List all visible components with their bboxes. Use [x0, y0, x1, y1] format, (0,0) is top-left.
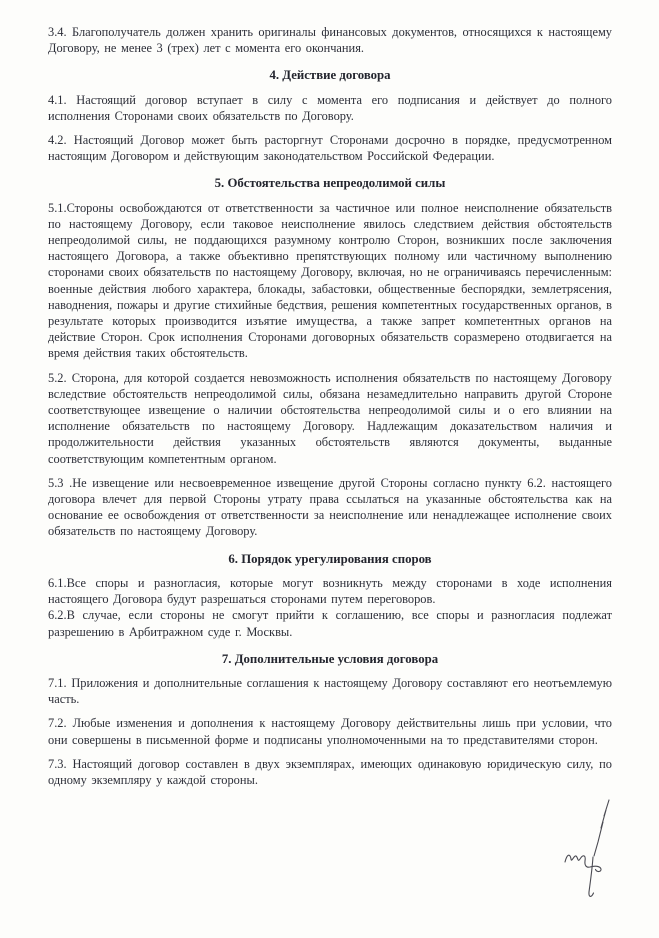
- clause-5-3: 5.3 .Не извещение или несвоевременное из…: [48, 475, 612, 540]
- section-heading-5: 5. Обстоятельства непреодолимой силы: [48, 175, 612, 191]
- clause-4-2: 4.2. Настоящий Договор может быть растор…: [48, 132, 612, 164]
- clause-7-2: 7.2. Любые изменения и дополнения к наст…: [48, 715, 612, 747]
- section-heading-6: 6. Порядок урегулирования споров: [48, 551, 612, 567]
- handwritten-signature: [558, 798, 616, 902]
- clause-6-2: 6.2.В случае, если стороны не смогут при…: [48, 607, 612, 639]
- signature-scribble-icon: [558, 798, 616, 902]
- clause-4-1: 4.1. Настоящий договор вступает в силу с…: [48, 92, 612, 124]
- section-heading-7: 7. Дополнительные условия договора: [48, 651, 612, 667]
- clause-3-4: 3.4. Благополучатель должен хранить ориг…: [48, 24, 612, 56]
- section-heading-4: 4. Действие договора: [48, 67, 612, 83]
- clause-7-1: 7.1. Приложения и дополнительные соглаше…: [48, 675, 612, 707]
- clause-5-1: 5.1.Стороны освобождаются от ответственн…: [48, 200, 612, 362]
- clause-6-1: 6.1.Все споры и разногласия, которые мог…: [48, 575, 612, 607]
- clause-7-3: 7.3. Настоящий договор составлен в двух …: [48, 756, 612, 788]
- scanned-contract-page: 3.4. Благополучатель должен хранить ориг…: [0, 0, 659, 938]
- clause-5-2: 5.2. Сторона, для которой создается нево…: [48, 370, 612, 467]
